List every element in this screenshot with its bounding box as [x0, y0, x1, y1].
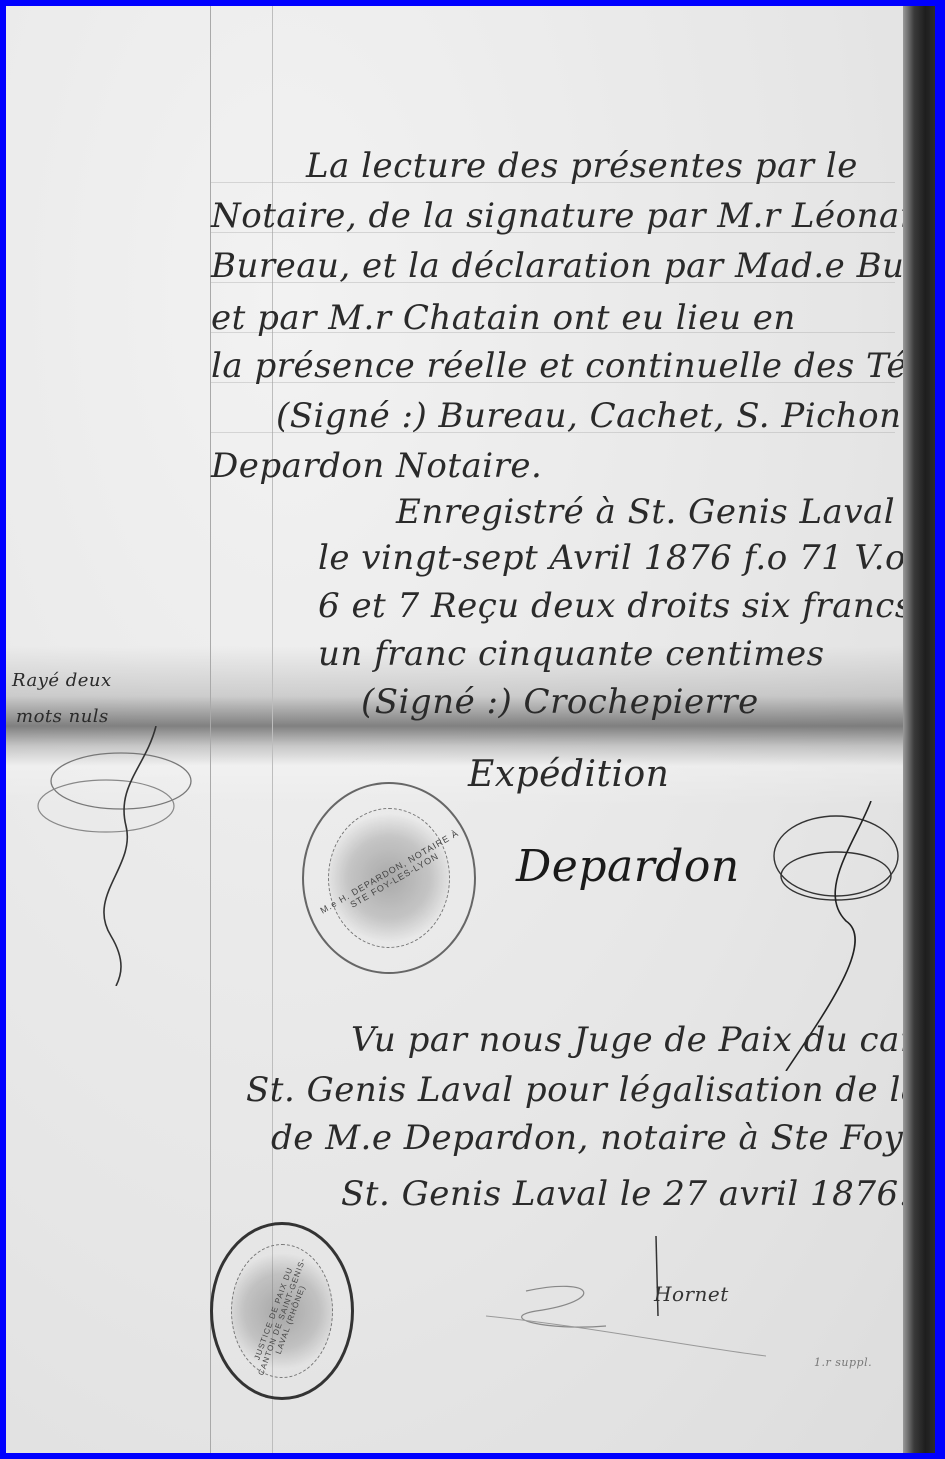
body-line: la présence réelle et continuelle des Té…	[211, 346, 935, 386]
body-line: Depardon Notaire.	[211, 446, 542, 486]
judge-signature: Hornet	[654, 1282, 729, 1306]
binding-shadow	[903, 6, 935, 1453]
body-line: et par M.r Chatain ont eu lieu en	[211, 298, 796, 338]
legalisation-line: de M.e Depardon, notaire à Ste Foy lès L…	[271, 1118, 935, 1158]
expedition-label: Expédition	[468, 754, 669, 795]
notary-seal: M.e H. DEPARDON, NOTAIRE À STE FOY-LES-L…	[302, 782, 476, 974]
body-line: (Signé :) Bureau, Cachet, S. Pichon	[276, 396, 901, 436]
registration-line: (Signé :) Crochepierre	[361, 682, 759, 722]
registration-line: le vingt-sept Avril 1876 f.o 71 V.o C.e	[318, 538, 935, 578]
margin-note-line: mots nuls	[16, 706, 109, 727]
justice-of-peace-seal: JUSTICE DE PAIX DU CANTON DE SAINT-GENIS…	[210, 1222, 354, 1400]
registration-line: un franc cinquante centimes	[318, 634, 825, 674]
legalisation-line: Vu par nous Juge de Paix du canton de	[351, 1020, 935, 1060]
document-page: La lecture des présentes par le Notaire,…	[6, 6, 935, 1453]
body-line: Notaire, de la signature par M.r Léonard	[211, 196, 935, 236]
legalisation-line: St. Genis Laval pour légalisation de la …	[246, 1070, 935, 1110]
body-line: La lecture des présentes par le	[306, 146, 858, 186]
margin-note-line: Rayé deux	[12, 670, 112, 691]
notary-signature: Depardon	[516, 841, 740, 892]
margin-paraph-icon	[26, 726, 206, 986]
registration-line: 6 et 7 Reçu deux droits six francs décim…	[318, 586, 935, 626]
registration-line: Enregistré à St. Genis Laval	[396, 492, 895, 532]
legalisation-line: St. Genis Laval le 27 avril 1876.	[341, 1174, 910, 1214]
body-line: Bureau, et la déclaration par Mad.e Bure	[211, 246, 935, 286]
judge-note: 1.r suppl.	[814, 1356, 872, 1369]
